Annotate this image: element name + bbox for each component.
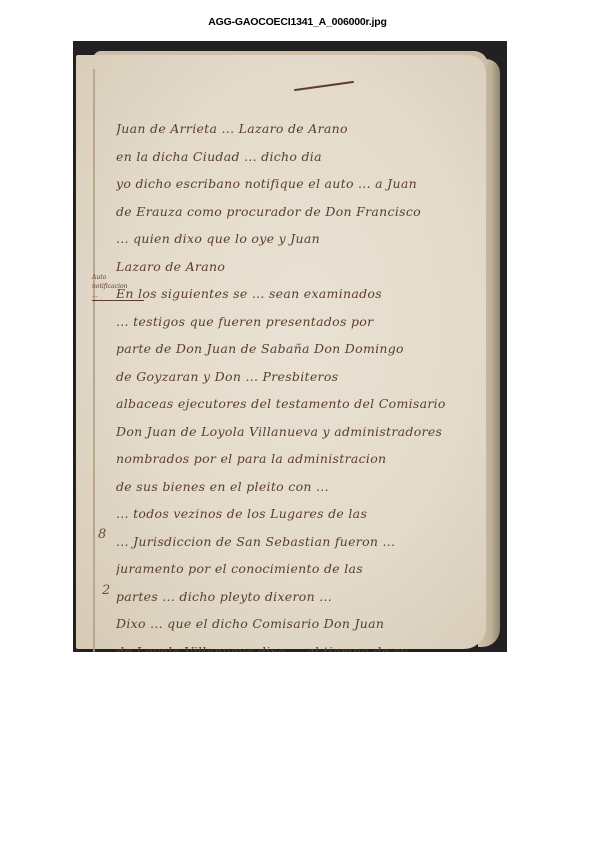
text-line: Don Juan de Loyola Villanueva y administ… (116, 418, 486, 446)
text-line: parte de Don Juan de Sabaña Don Domingo (116, 335, 486, 363)
text-line: de Loyola Villanueva dixo ... al tiempo … (116, 638, 486, 653)
text-line: Dixo ... que el dicho Comisario Don Juan (116, 610, 486, 638)
text-line: partes ... dicho pleyto dixeron ... (116, 583, 486, 611)
text-line: de sus bienes en el pleito con ... (116, 473, 486, 501)
text-line: ... testigos que fueren presentados por (116, 308, 486, 336)
text-line: Lazaro de Arano (116, 253, 486, 281)
margin-mark: 2 (102, 583, 110, 598)
margin-mark: 8 (98, 527, 106, 542)
text-line: En los siguientes se ... sean examinados (116, 280, 486, 308)
text-line: Juan de Arrieta ... Lazaro de Arano (116, 115, 486, 143)
document-scan: Auto notificacion ... 8 2 Juan de Arriet… (73, 41, 507, 652)
text-line: yo dicho escribano notifique el auto ...… (116, 170, 486, 198)
manuscript-text: Juan de Arrieta ... Lazaro de Arano en l… (116, 115, 486, 652)
text-line: ... todos vezinos de los Lugares de las (116, 500, 486, 528)
text-line: de Goyzaran y Don ... Presbiteros (116, 363, 486, 391)
text-line: en la dicha Ciudad ... dicho dia (116, 143, 486, 171)
page-fold (93, 69, 95, 652)
manuscript-page: Auto notificacion ... 8 2 Juan de Arriet… (76, 55, 486, 649)
text-line: nombrados por el para la administracion (116, 445, 486, 473)
text-line: de Erauza como procurador de Don Francis… (116, 198, 486, 226)
text-line: juramento por el conocimiento de las (116, 555, 486, 583)
text-line: ... Jurisdiccion de San Sebastian fueron… (116, 528, 486, 556)
text-line: albaceas ejecutores del testamento del C… (116, 390, 486, 418)
file-title: AGG-GAOCOECI1341_A_006000r.jpg (0, 16, 595, 28)
top-flourish (294, 81, 354, 91)
text-line: ... quien dixo que lo oye y Juan (116, 225, 486, 253)
